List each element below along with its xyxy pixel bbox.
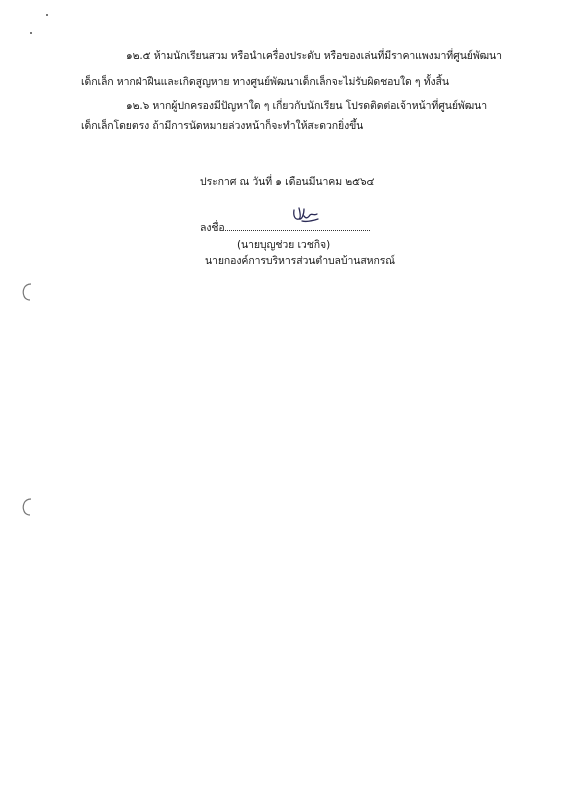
clause-12-6-line-1: ๑๒.๖ หากผู้ปกครองมีปัญหาใด ๆ เกี่ยวกับนั… [126,99,487,113]
scan-speck [46,14,48,16]
announcement-date: ประกาศ ณ วันที่ ๑ เดือนมีนาคม ๒๕๖๔ [200,175,374,189]
signature-line: ลงชื่อ [200,221,370,235]
signer-title: นายกองค์การบริหารส่วนตำบลบ้านสหกรณ์ [205,254,395,268]
signature-label: ลงชื่อ [200,222,225,234]
clause-12-6-line-2: เด็กเล็กโดยตรง ถ้ามีการนัดหมายล่วงหน้าก็… [81,119,363,133]
document-page: ๑๒.๕ ห้ามนักเรียนสวม หรือนำเครื่องประดับ… [0,0,565,800]
punch-hole-mark-icon [20,497,34,517]
clause-12-5-line-2: เด็กเล็ก หากฝ่าฝืนและเกิดสูญหาย ทางศูนย์… [81,75,449,89]
signer-name: (นายบุญช่วย เวชกิจ) [237,238,330,252]
clause-12-5-line-1: ๑๒.๕ ห้ามนักเรียนสวม หรือนำเครื่องประดับ… [126,49,502,63]
scan-speck [30,32,32,34]
signature-dotted-line [225,221,370,231]
punch-hole-mark-icon [20,282,34,302]
